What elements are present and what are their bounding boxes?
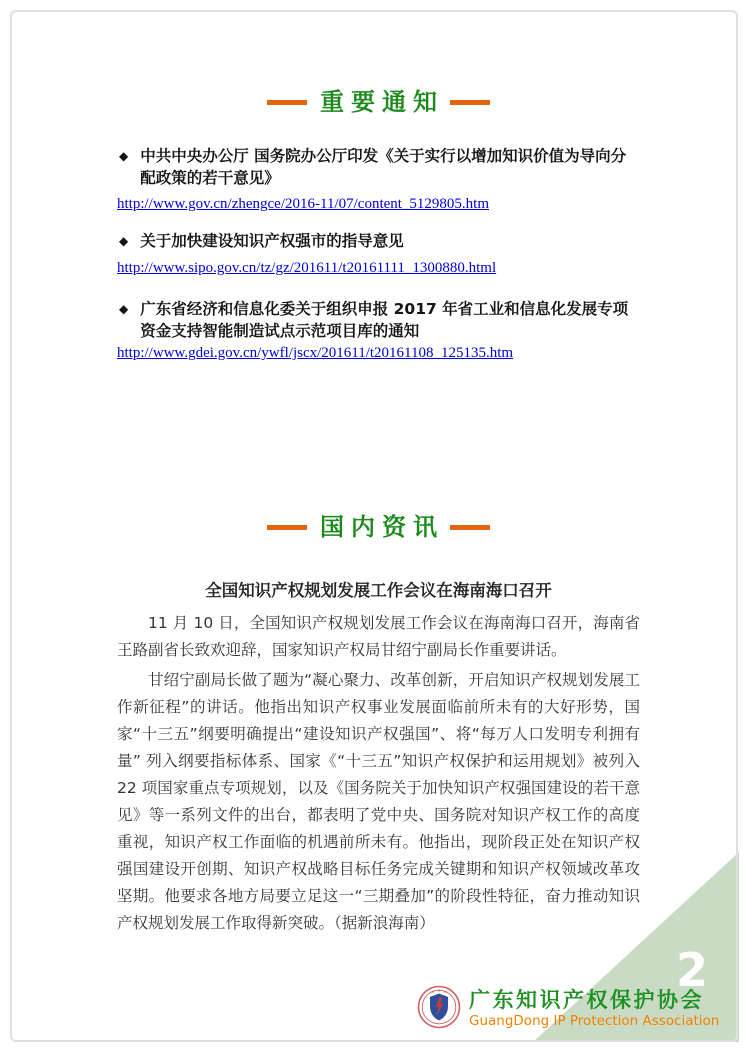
- notice-link[interactable]: http://www.sipo.gov.cn/tz/gz/201611/t201…: [117, 259, 496, 277]
- section-heading-text: 重要通知: [320, 86, 444, 118]
- heading-dash-icon: [267, 525, 307, 530]
- section-heading-notices: 重要通知: [117, 86, 640, 118]
- notice-item: ◆ 中共中央办公厅 国务院办公厅印发《关于实行以增加知识价值为导向分配政策的若干…: [117, 145, 640, 189]
- notice-link[interactable]: http://www.gov.cn/zhengce/2016-11/07/con…: [117, 195, 489, 213]
- heading-dash-icon: [450, 100, 490, 105]
- diamond-bullet-icon: ◆: [117, 145, 128, 189]
- notice-title: 中共中央办公厅 国务院办公厅印发《关于实行以增加知识价值为导向分配政策的若干意见…: [140, 145, 640, 189]
- org-names: 广东知识产权保护协会 GuangDong IP Protection Assoc…: [469, 988, 719, 1030]
- notice-item: ◆ 关于加快建设知识产权强市的指导意见: [117, 230, 640, 252]
- notice-title: 关于加快建设知识产权强市的指导意见: [140, 230, 404, 252]
- footer: 广东知识产权保护协会 GuangDong IP Protection Assoc…: [417, 985, 719, 1033]
- notice-title: 广东省经济和信息化委关于组织申报 2017 年省工业和信息化发展专项资金支持智能…: [140, 298, 640, 342]
- notice-link[interactable]: http://www.gdei.gov.cn/ywfl/jscx/201611/…: [117, 344, 513, 362]
- heading-dash-icon: [450, 525, 490, 530]
- org-name-zh: 广东知识产权保护协会: [469, 988, 719, 1013]
- article-paragraph: 11 月 10 日，全国知识产权规划发展工作会议在海南海口召开，海南省王路副省长…: [117, 610, 640, 664]
- org-name-en: GuangDong IP Protection Association: [469, 1013, 719, 1030]
- diamond-bullet-icon: ◆: [117, 230, 128, 252]
- article-paragraph: 甘绍宁副局长做了题为“凝心聚力、改革创新，开启知识产权规划发展工作新征程”的讲话…: [117, 667, 640, 937]
- article-title: 全国知识产权规划发展工作会议在海南海口召开: [117, 579, 640, 603]
- page-content: 重要通知 ◆ 中共中央办公厅 国务院办公厅印发《关于实行以增加知识价值为导向分配…: [117, 0, 640, 937]
- section-heading-news: 国内资讯: [117, 511, 640, 543]
- section-heading-text: 国内资讯: [320, 511, 444, 543]
- association-logo-icon: [417, 985, 461, 1033]
- notice-item: ◆ 广东省经济和信息化委关于组织申报 2017 年省工业和信息化发展专项资金支持…: [117, 298, 640, 342]
- heading-dash-icon: [267, 100, 307, 105]
- diamond-bullet-icon: ◆: [117, 298, 128, 342]
